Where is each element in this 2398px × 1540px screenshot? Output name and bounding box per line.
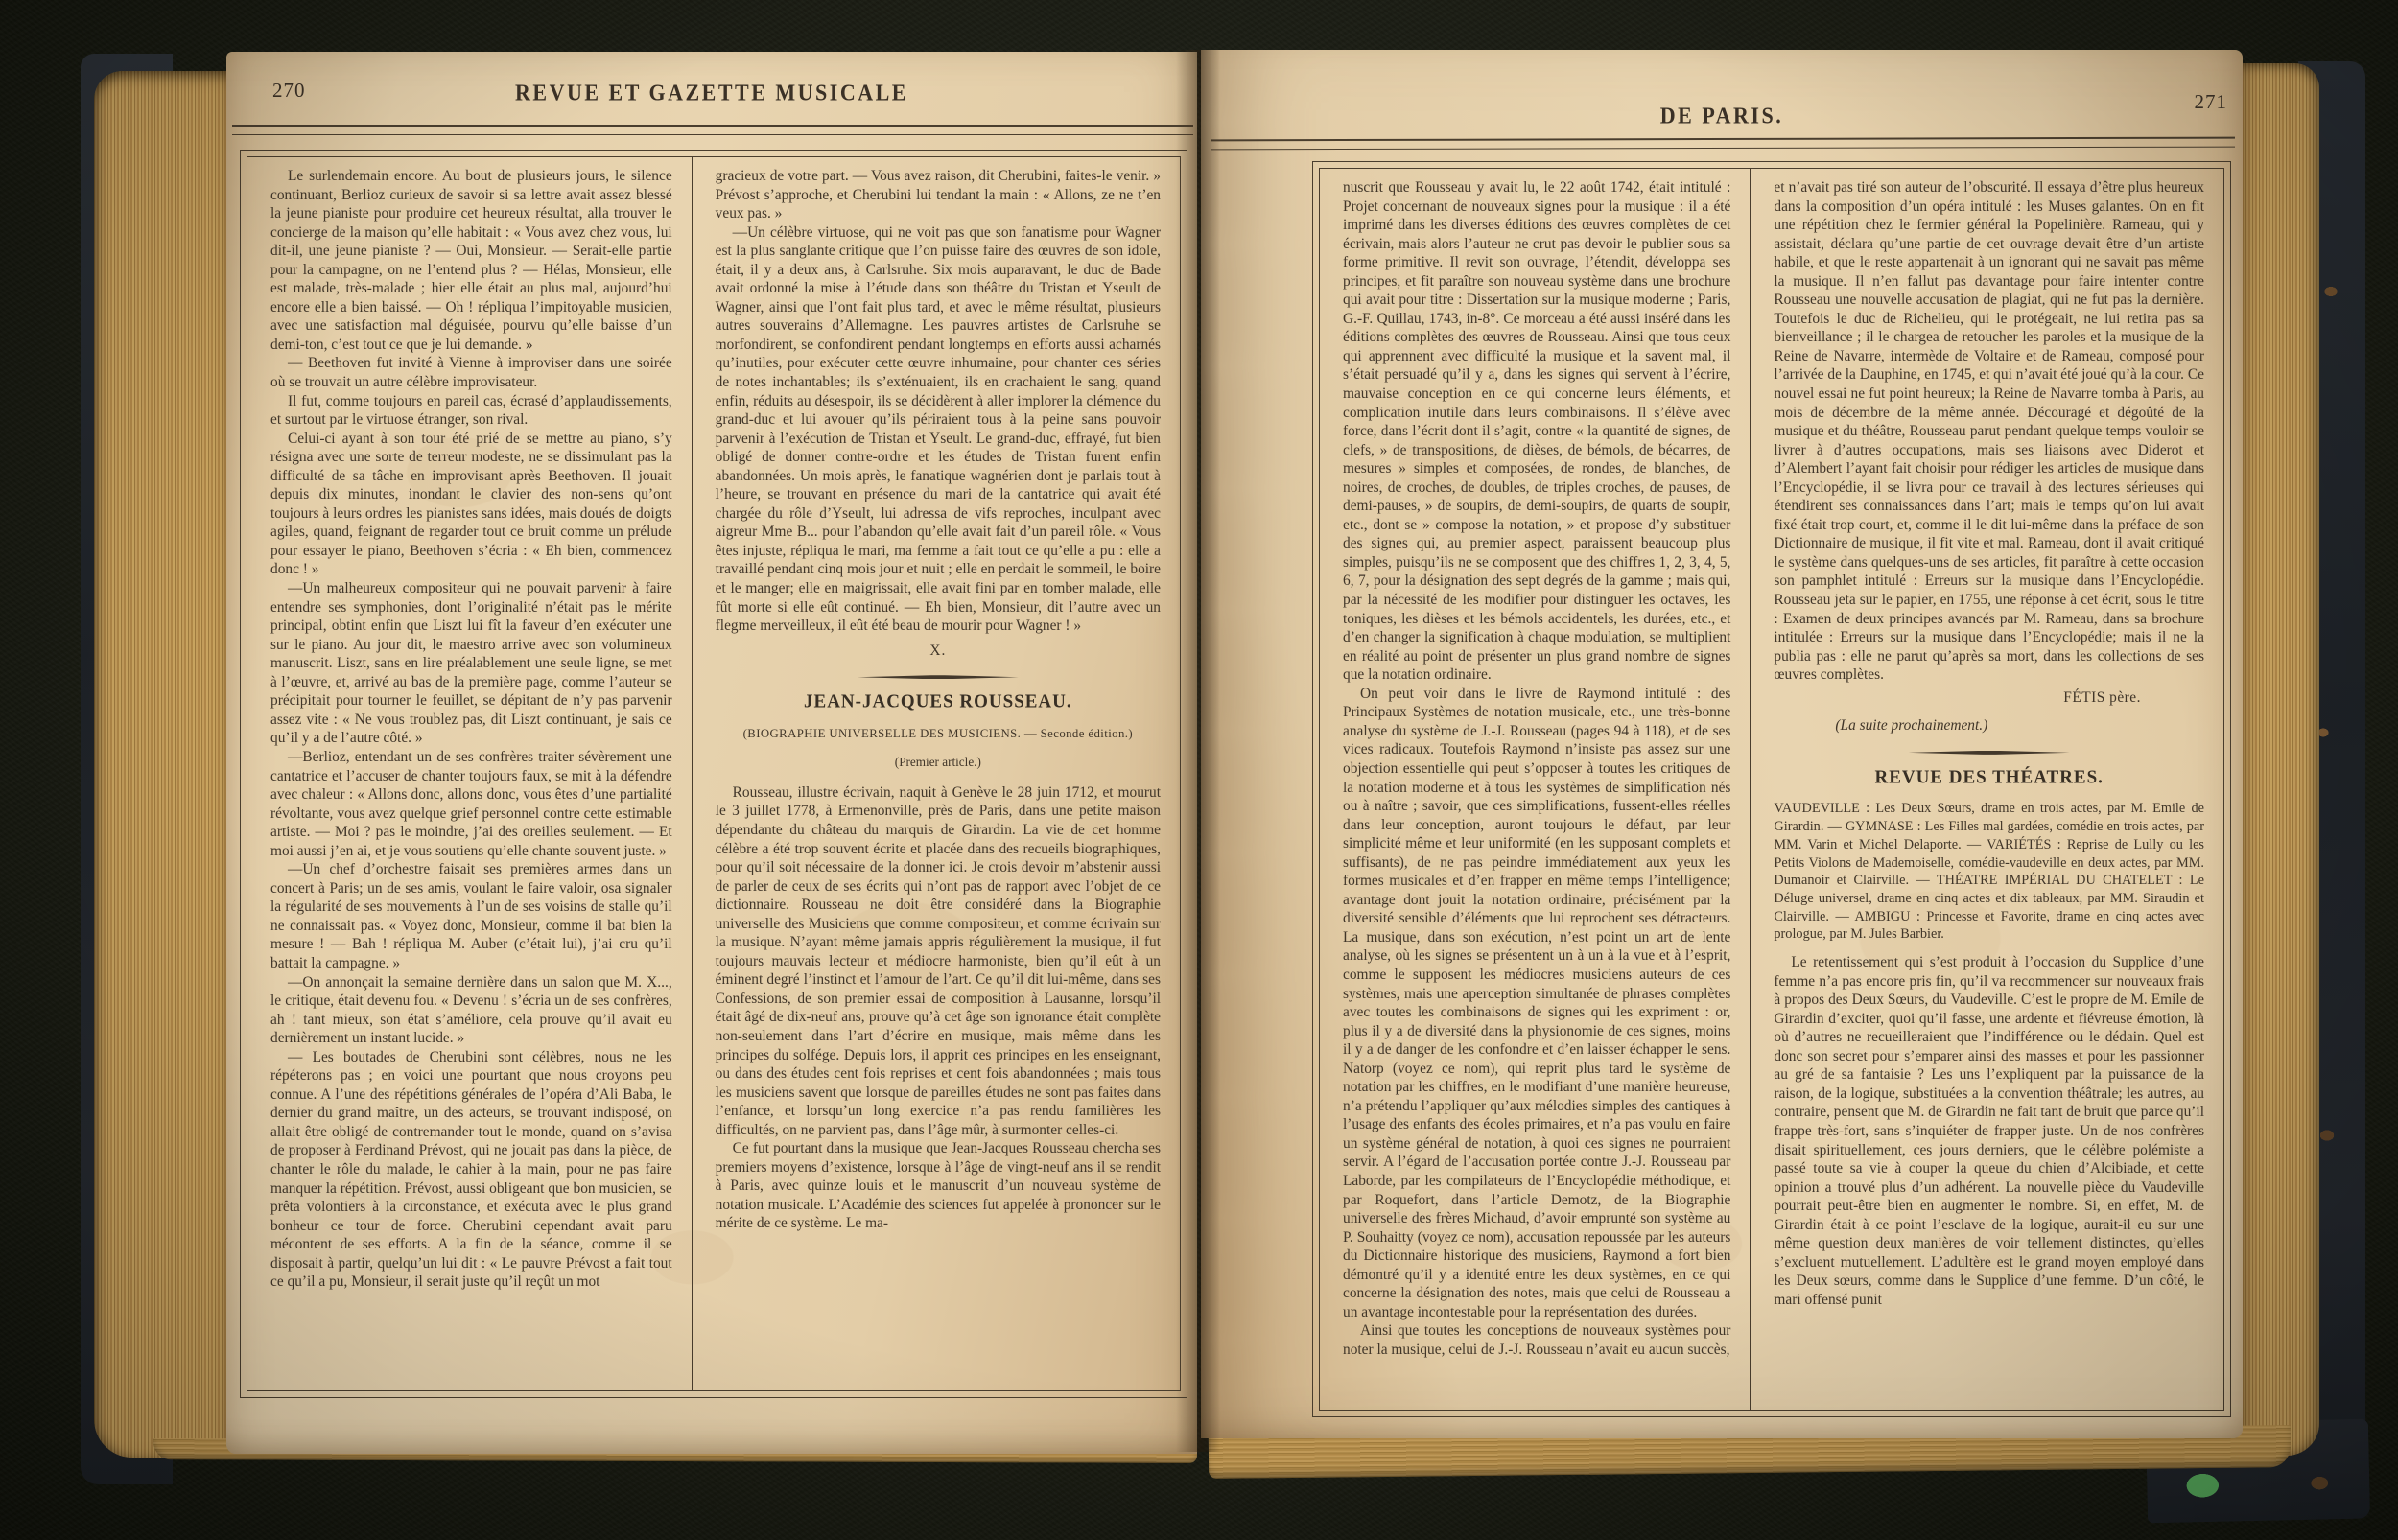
paragraph: Il fut, comme toujours en pareil cas, éc… [270,392,672,430]
section-divider [858,675,1019,679]
paragraph: —On annonçait la semaine dernière dans u… [270,973,672,1048]
left-page-column-1: Le surlendemain encore. Au bout de plusi… [247,157,692,1390]
text-frame-left: Le surlendemain encore. Au bout de plusi… [240,150,1187,1398]
section-divider [1909,751,2070,755]
continuation-note: (La suite prochainement.) [1774,716,2204,735]
right-page-column-1: nuscrit que Rousseau y avait lu, le 22 a… [1320,169,1750,1410]
paragraph: —Un chef d’orchestre faisait ses premièr… [270,860,672,972]
book-photo: 270 REVUE ET GAZETTE MUSICALE Le surlend… [0,0,2398,1540]
paragraph: —Un célèbre virtuose, qui ne voit pas qu… [716,223,1161,636]
paragraph: Celui-ci ayant à son tour été prié de se… [270,430,672,579]
paragraph: nuscrit que Rousseau y avait lu, le 22 a… [1343,178,1730,685]
header-rule-left [232,125,1193,135]
paragraph: —Un malheureux compositeur qui ne pouvai… [270,579,672,748]
running-title-right: DE PARIS. [1201,103,2243,129]
page-edges-right [2239,63,2319,1456]
paragraph: Le surlendemain encore. Au bout de plusi… [270,167,672,354]
paragraph: On peut voir dans le livre de Raymond in… [1343,685,1730,1322]
signature-fetis: FÉTIS père. [1774,688,2204,708]
page-edges-left [94,71,240,1458]
paragraph: et n’avait pas tiré son auteur de l’obsc… [1774,178,2204,685]
section-title-theatres: REVUE DES THÉATRES. [1774,767,2204,787]
paragraph: Le retentissement qui s’est produit à l’… [1774,953,2204,1309]
text-frame-right: nuscrit que Rousseau y avait lu, le 22 a… [1312,161,2231,1417]
article-title-rousseau: JEAN-JACQUES ROUSSEAU. [716,692,1161,712]
left-page-column-2: gracieux de votre part. — Vous avez rais… [692,157,1180,1390]
paragraph: Ainsi que toutes les conceptions de nouv… [1343,1321,1730,1359]
paragraph: Ce fut pourtant dans la musique que Jean… [716,1139,1161,1233]
article-subtitle: (BIOGRAPHIE UNIVERSELLE DES MUSICIENS. —… [716,725,1161,744]
text-frame-left-inner: Le surlendemain encore. Au bout de plusi… [247,156,1181,1391]
paragraph: — Beethoven fut invité à Vienne à improv… [270,354,672,391]
text-frame-right-inner: nuscrit que Rousseau y avait lu, le 22 a… [1319,168,2224,1411]
header-rule-right [1211,137,2235,151]
paragraph: —Berlioz, entendant un de ses confrères … [270,748,672,860]
running-title-left: REVUE ET GAZETTE MUSICALE [226,80,1197,106]
article-part-note: (Premier article.) [716,753,1161,772]
left-page: 270 REVUE ET GAZETTE MUSICALE Le surlend… [226,52,1197,1454]
right-page: 271 DE PARIS. nuscrit que Rousseau y ava… [1201,50,2243,1438]
paragraph: Rousseau, illustre écrivain, naquit à Ge… [716,783,1161,1139]
theatre-listing: VAUDEVILLE : Les Deux Sœurs, drame en tr… [1774,800,2204,944]
paragraph: — Les boutades de Cherubini sont célèbre… [270,1048,672,1292]
right-page-column-2: et n’avait pas tiré son auteur de l’obsc… [1750,169,2223,1410]
paragraph: gracieux de votre part. — Vous avez rais… [716,167,1161,223]
signature-x: X. [716,642,1161,661]
